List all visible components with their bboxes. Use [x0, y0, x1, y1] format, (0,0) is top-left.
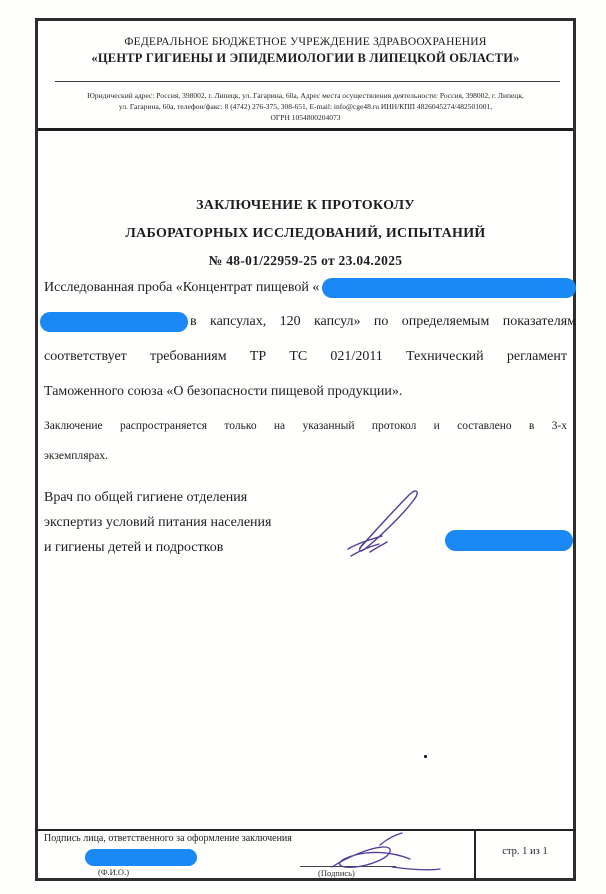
redaction-block-product-name-2: [40, 312, 188, 332]
body-paragraph1-line3: соответствует требованиям ТР ТС 021/2011…: [44, 346, 567, 368]
body-paragraph2-line1: Заключение распространяется только на ук…: [44, 416, 567, 436]
signatory-title-line2: экспертиз условий питания населения: [44, 513, 271, 533]
org-address-line2: ул. Гагарина, 60а, телефон/факс: 8 (4742…: [43, 101, 568, 112]
org-name-line2: «ЦЕНТР ГИГИЕНЫ И ЭПИДЕМИОЛОГИИ В ЛИПЕЦКО…: [35, 51, 576, 66]
ink-dot-mark: [424, 755, 427, 758]
footer-top-border: [35, 829, 576, 831]
body-paragraph1-line2: в капсулах, 120 капсул» по определяемым …: [40, 311, 576, 333]
org-address-block: Юридический адрес: Россия, 398002, г. Ли…: [43, 90, 568, 123]
fio-label: (Ф.И.О.): [98, 867, 129, 877]
document-title-line1: ЗАКЛЮЧЕНИЕ К ПРОТОКОЛУ: [35, 198, 576, 214]
footer-handwritten-signature: [292, 833, 442, 879]
signatory-title-line1: Врач по общей гигиене отделения: [44, 488, 247, 508]
redaction-block-responsible-name: [85, 849, 197, 866]
body-paragraph1-line1: Исследованная проба «Концентрат пищевой …: [44, 277, 576, 299]
signatory-title-line3: и гигиены детей и подростков: [44, 538, 223, 558]
document-border-frame: [35, 18, 576, 881]
header-divider-line: [55, 81, 560, 82]
document-number-date: № 48-01/22959-25 от 23.04.2025: [35, 253, 576, 269]
redaction-block-signatory-name: [445, 530, 573, 551]
body-text-capsules: в капсулах, 120 капсул» по определяемым …: [190, 311, 576, 333]
org-address-line1: Юридический адрес: Россия, 398002, г. Ли…: [43, 90, 568, 101]
body-paragraph1-line4: Таможенного союза «О безопасности пищево…: [44, 381, 402, 403]
page-number-label: стр. 1 из 1: [476, 846, 574, 857]
header-thick-divider: [38, 128, 573, 131]
document-title-line2: ЛАБОРАТОРНЫХ ИССЛЕДОВАНИЙ, ИСПЫТАНИЙ: [35, 226, 576, 242]
footer-responsible-caption: Подпись лица, ответственного за оформлен…: [44, 833, 292, 844]
doctor-handwritten-signature: [342, 486, 437, 558]
scanned-document-page: ФЕДЕРАЛЬНОЕ БЮДЖЕТНОЕ УЧРЕЖДЕНИЕ ЗДРАВОО…: [0, 0, 606, 894]
body-text-sample-intro: Исследованная проба «Концентрат пищевой …: [44, 277, 319, 299]
redaction-block-product-name-1: [322, 278, 576, 298]
body-paragraph2-line2: экземплярах.: [44, 446, 108, 466]
org-address-line3: ОГРН 1054800204073: [43, 112, 568, 123]
org-name-line1: ФЕДЕРАЛЬНОЕ БЮДЖЕТНОЕ УЧРЕЖДЕНИЕ ЗДРАВОО…: [35, 36, 576, 48]
